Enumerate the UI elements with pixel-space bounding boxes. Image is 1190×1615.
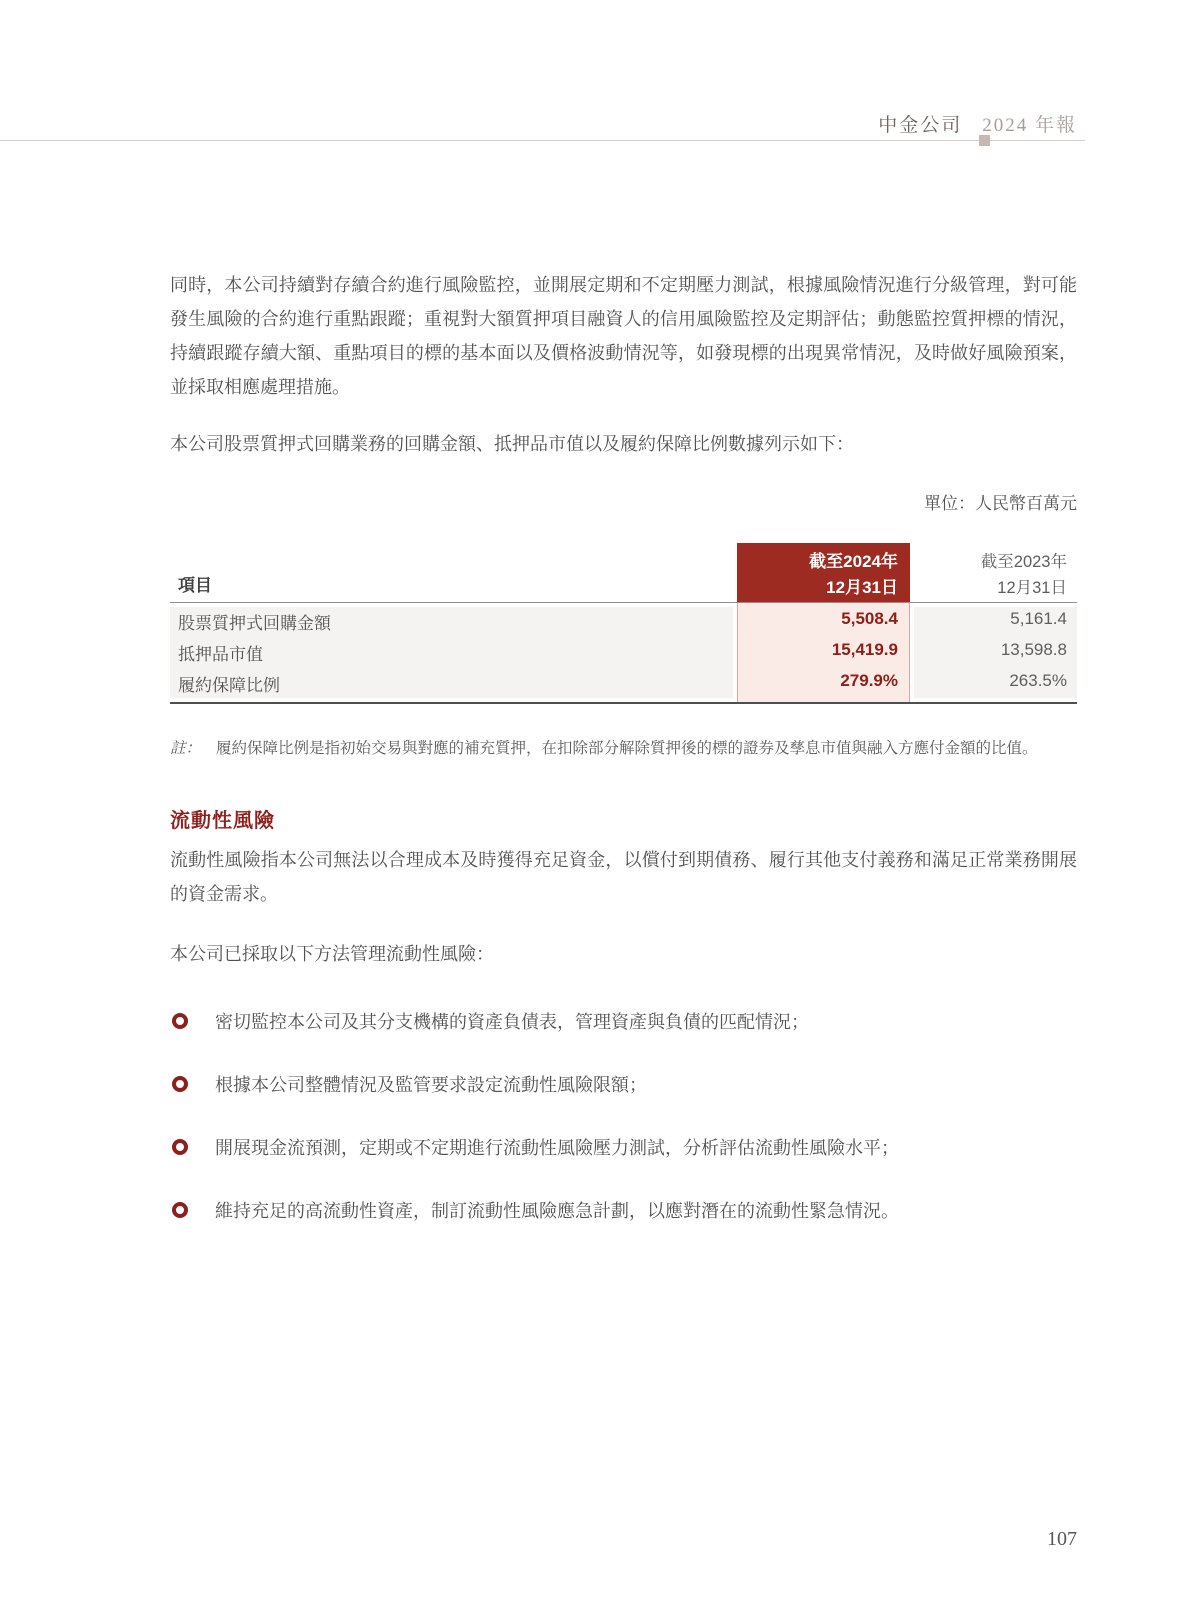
company-name: 中金公司 bbox=[878, 115, 962, 136]
row-label: 履約保障比例 bbox=[178, 671, 280, 696]
row-label: 抵押品市值 bbox=[178, 640, 263, 665]
table-footnote: 註： 履約保障比例是指初始交易與對應的補充質押，在扣除部分解除質押後的標的證券及… bbox=[170, 732, 1077, 766]
list-item: 根據本公司整體情況及監管要求設定流動性風險限額； bbox=[170, 1068, 1077, 1102]
liquidity-methods-intro: 本公司已採取以下方法管理流動性風險： bbox=[170, 937, 1077, 971]
list-item-text: 密切監控本公司及其分支機構的資產負債表，管理資產與負債的匹配情況； bbox=[215, 1005, 809, 1039]
ring-bullet-icon bbox=[172, 1076, 188, 1092]
header-2024-line2: 12月31日 bbox=[737, 575, 898, 601]
header-divider-rule bbox=[0, 140, 1085, 141]
unit-label: 單位：人民幣百萬元 bbox=[170, 489, 1077, 514]
repo-intro-paragraph: 本公司股票質押式回購業務的回購金額、抵押品市值以及履約保障比例數據列示如下： bbox=[170, 427, 1077, 461]
ring-bullet-icon bbox=[172, 1139, 188, 1155]
ring-bullet-icon bbox=[172, 1202, 188, 1218]
list-item: 密切監控本公司及其分支機構的資產負債表，管理資產與負債的匹配情況； bbox=[170, 1005, 1077, 1039]
list-item: 開展現金流預測，定期或不定期進行流動性風險壓力測試，分析評估流動性風險水平； bbox=[170, 1131, 1077, 1165]
report-year: 2024 年報 bbox=[982, 115, 1077, 136]
stock-pledge-repo-table: 項目 截至2024年 12月31日 截至2023年 12月31日 股票質押式回購… bbox=[170, 543, 1077, 704]
header-2023-line2: 12月31日 bbox=[981, 575, 1067, 601]
liquidity-intro-paragraph: 流動性風險指本公司無法以合理成本及時獲得充足資金，以償付到期債務、履行其他支付義… bbox=[170, 843, 1077, 911]
row-value-2023: 13,598.8 bbox=[1001, 640, 1067, 660]
row-value-2023: 5,161.4 bbox=[1010, 609, 1067, 629]
table-body: 股票質押式回購金額 5,508.4 5,161.4 抵押品市值 15,419.9… bbox=[170, 603, 1077, 704]
header-square-marker bbox=[979, 135, 990, 146]
row-value-2023: 263.5% bbox=[1009, 671, 1067, 691]
table-header-row: 項目 截至2024年 12月31日 截至2023年 12月31日 bbox=[170, 543, 1077, 603]
row-value-2024: 15,419.9 bbox=[737, 640, 898, 660]
footnote-text: 履約保障比例是指初始交易與對應的補充質押，在扣除部分解除質押後的標的證券及孳息市… bbox=[216, 732, 1077, 766]
header-2024-line1: 截至2024年 bbox=[737, 549, 898, 575]
table-row: 抵押品市值 15,419.9 13,598.8 bbox=[170, 636, 1077, 667]
row-label: 股票質押式回購金額 bbox=[178, 609, 331, 634]
list-item-text: 開展現金流預測，定期或不定期進行流動性風險壓力測試，分析評估流動性風險水平； bbox=[215, 1131, 899, 1165]
ring-bullet-icon bbox=[172, 1013, 188, 1029]
header-2023-line1: 截至2023年 bbox=[981, 549, 1067, 575]
column-header-2024: 截至2024年 12月31日 bbox=[737, 543, 910, 602]
risk-monitoring-paragraph: 同時，本公司持續對存續合約進行風險監控，並開展定期和不定期壓力測試，根據風險情況… bbox=[170, 268, 1077, 404]
row-value-2024: 5,508.4 bbox=[737, 609, 898, 629]
table-row: 股票質押式回購金額 5,508.4 5,161.4 bbox=[170, 605, 1077, 636]
table-row: 履約保障比例 279.9% 263.5% bbox=[170, 667, 1077, 698]
row-value-2024: 279.9% bbox=[737, 671, 898, 691]
liquidity-methods-list: 密切監控本公司及其分支機構的資產負債表，管理資產與負債的匹配情況； 根據本公司整… bbox=[170, 1005, 1077, 1228]
page-content: 同時，本公司持續對存續合約進行風險監控，並開展定期和不定期壓力測試，根據風險情況… bbox=[170, 252, 1077, 1257]
list-item: 維持充足的高流動性資產，制訂流動性風險應急計劃，以應對潛在的流動性緊急情況。 bbox=[170, 1194, 1077, 1228]
column-header-2023: 截至2023年 12月31日 bbox=[981, 543, 1067, 602]
running-header: 中金公司2024 年報 bbox=[878, 110, 1077, 137]
section-heading-liquidity-risk: 流動性風險 bbox=[170, 804, 1077, 833]
page-number: 107 bbox=[1047, 1528, 1077, 1551]
column-header-item: 項目 bbox=[178, 571, 212, 596]
footnote-marker: 註： bbox=[170, 732, 216, 766]
list-item-text: 根據本公司整體情況及監管要求設定流動性風險限額； bbox=[215, 1068, 647, 1102]
list-item-text: 維持充足的高流動性資產，制訂流動性風險應急計劃，以應對潛在的流動性緊急情況。 bbox=[215, 1194, 899, 1228]
